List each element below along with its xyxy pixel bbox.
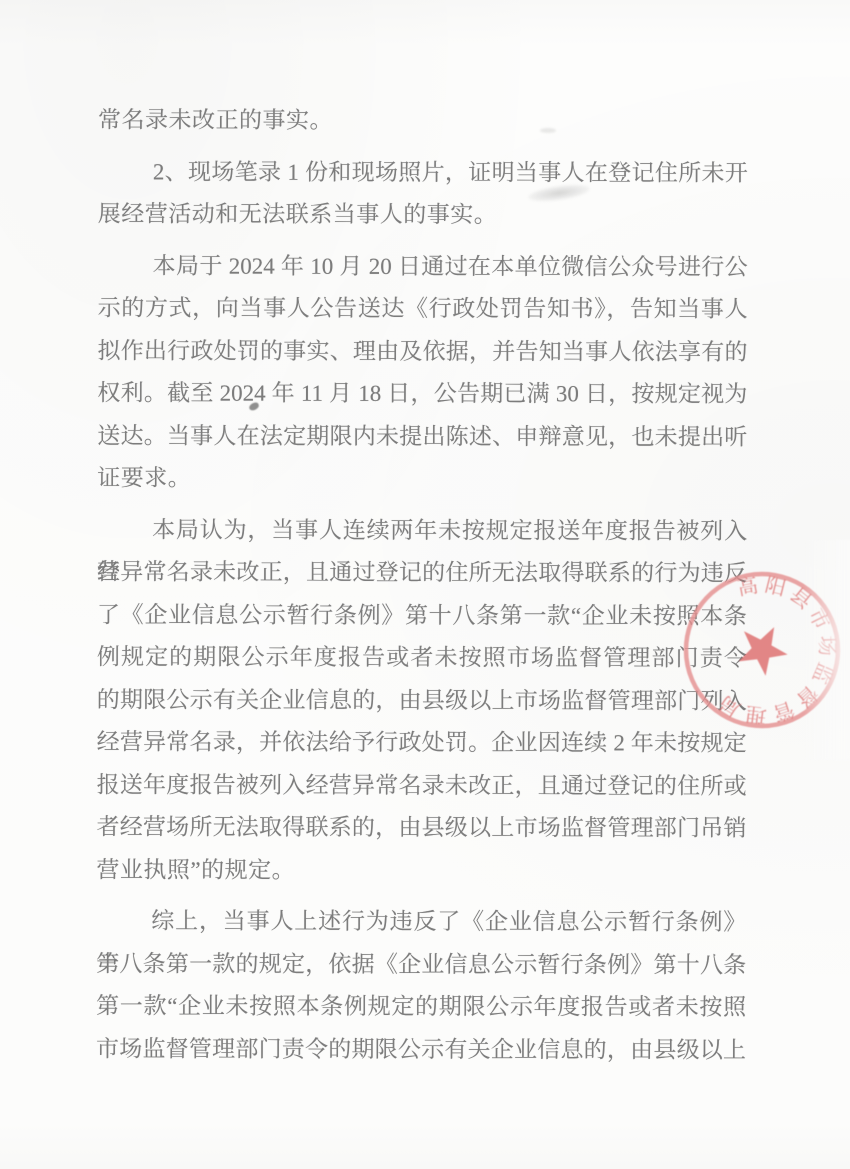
- text-line: 送达。当事人在法定期限内未提出陈述、申辩意见，也未提出听: [97, 415, 747, 459]
- text-line: 综上，当事人上述行为违反了《企业信息公示暂行条例》第: [96, 900, 746, 944]
- text-line: 拟作出行政处罚的事实、理由及依据，并告知当事人依法享有的: [97, 330, 747, 374]
- text-line: 营异常名录未改正，且通过登记的住所无法取得联系的行为违反: [97, 551, 747, 595]
- text-line: 展经营活动和无法联系当事人的事实。: [98, 193, 748, 237]
- text-line: 常名录未改正的事实。: [98, 99, 748, 143]
- text-line: 报送年度报告被列入经营异常名录未改正，且通过登记的住所或: [97, 764, 747, 808]
- text-line: 示的方式，向当事人公告送达《行政处罚告知书》，告知当事人: [98, 287, 748, 331]
- seal-fade-overlay: [747, 540, 850, 760]
- text-line: 的期限公示有关企业信息的，由县级以上市场监督管理部门列入: [97, 679, 747, 723]
- text-line: 例规定的期限公示年度报告或者未按照市场监督管理部门责令: [97, 636, 747, 680]
- scan-mark: [540, 128, 556, 133]
- text-line: 营业执照”的规定。: [96, 849, 746, 893]
- text-line: 权利。截至 2024 年 11 月 18 日，公告期已满 30 日，按规定视为: [97, 372, 747, 416]
- text-line: 本局于 2024 年 10 月 20 日通过在本单位微信公众号进行公: [98, 245, 748, 289]
- text-line: 本局认为，当事人连续两年未按规定报送年度报告被列入经: [97, 509, 747, 553]
- text-line: 了《企业信息公示暂行条例》第十八条第一款“企业未按照本条: [97, 594, 747, 638]
- text-line: 者经营场所无法取得联系的，由县级以上市场监督管理部门吊销: [96, 806, 746, 850]
- scanned-document-page: 常名录未改正的事实。2、现场笔录 1 份和现场照片，证明当事人在登记住所未开展经…: [0, 0, 850, 1169]
- official-seal: 高阳县市场监督管理局: [652, 540, 850, 760]
- document-text-block: 常名录未改正的事实。2、现场笔录 1 份和现场照片，证明当事人在登记住所未开展经…: [96, 99, 748, 1071]
- text-line: 证要求。: [97, 457, 747, 501]
- text-line: 市场监督管理部门责令的期限公示有关企业信息的，由县级以上: [96, 1028, 746, 1072]
- text-line: 第一款“企业未按照本条例规定的期限公示年度报告或者未按照: [96, 985, 746, 1029]
- text-line: 2、现场笔录 1 份和现场照片，证明当事人在登记住所未开: [98, 151, 748, 195]
- text-line: 经营异常名录，并依法给予行政处罚。企业因连续 2 年未按规定: [97, 721, 747, 765]
- text-line: 十八条第一款的规定，依据《企业信息公示暂行条例》第十八条: [96, 943, 746, 987]
